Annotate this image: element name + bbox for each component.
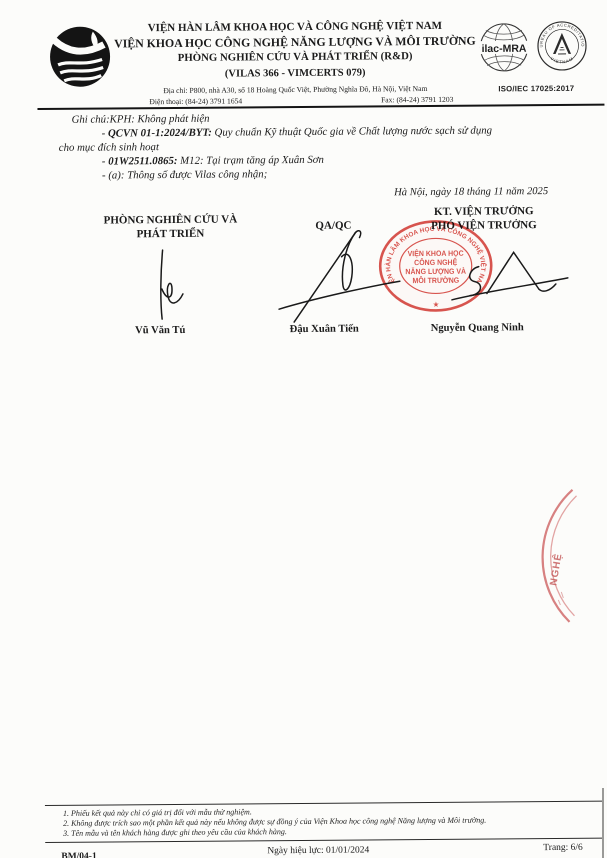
page-number: Trang: 6/6 bbox=[543, 843, 583, 853]
handwritten-signature-icon bbox=[276, 224, 403, 325]
ilac-mra-label: ilac-MRA bbox=[481, 43, 526, 55]
ilac-mra-icon: ilac-MRA bbox=[478, 22, 532, 74]
date-place-line: Hà Nội, ngày 18 tháng 11 năm 2025 bbox=[366, 186, 576, 199]
iso-standard-label: ISO/IEC 17025:2017 bbox=[483, 84, 589, 94]
water-swirl-logo-icon bbox=[49, 23, 114, 92]
note-kph: KPH: Không phát hiện bbox=[110, 113, 210, 126]
note-qcvn-code: - QCVN 01-1:2024/BYT: bbox=[102, 127, 212, 140]
partial-stamp-edge: NGHỆ bbox=[527, 488, 600, 627]
note-sample-code: - 01W2511.0865: bbox=[102, 155, 178, 168]
handwritten-signature-icon bbox=[449, 240, 572, 313]
signer-name-qaqc: Đậu Xuân Tiến bbox=[249, 323, 399, 335]
svg-text:VIETNAM: VIETNAM bbox=[550, 56, 575, 65]
note-qcvn-text: Quy chuẩn Kỹ thuật Quốc gia về Chất lượn… bbox=[212, 124, 492, 138]
ilac-mra-logo: ilac-MRA bbox=[478, 22, 532, 74]
boa-ring-bottom-text: VIETNAM bbox=[550, 56, 575, 65]
signature-nguyen-quang-ninh bbox=[449, 240, 572, 313]
footer-divider-top bbox=[45, 801, 603, 807]
signature-vu-van-tu bbox=[137, 247, 198, 327]
signature-dau-xuan-tien bbox=[276, 224, 403, 325]
footer-notes: 1. Phiếu kết quả này chỉ có giá trị đối … bbox=[63, 806, 486, 840]
institute-logo bbox=[49, 23, 114, 92]
note-line-4: - 01W2511.0865: M12: Tại trạm tăng áp Xu… bbox=[102, 154, 324, 168]
note-line-2: - QCVN 01-1:2024/BYT: Quy chuẩn Kỹ thuật… bbox=[102, 124, 492, 139]
document-page: VIỆN HÀN LÂM KHOA HỌC VÀ CÔNG NGHỆ VIỆT … bbox=[0, 0, 607, 858]
signer-title-rnd: PHÒNG NGHIÊN CỨU VÀ PHÁT TRIỂN bbox=[81, 212, 259, 242]
note-line-5: - (a): Thông số được Vilas công nhận; bbox=[102, 168, 267, 181]
form-code: BM/04-1 bbox=[61, 852, 96, 858]
scan-edge-line bbox=[602, 788, 604, 858]
department-name: PHÒNG NGHIÊN CỨU VÀ PHÁT TRIỂN (R&D) bbox=[109, 50, 481, 66]
footer-note-3: 3. Tên mẫu và tên khách hàng được ghi th… bbox=[63, 826, 486, 840]
accreditation-codes: (VILAS 366 - VIMCERTS 079) bbox=[109, 66, 481, 82]
stamp-star: ★ bbox=[433, 300, 440, 309]
note-line-3: cho mục đích sinh hoạt bbox=[59, 141, 159, 154]
red-seal-arc-icon: NGHỆ bbox=[527, 488, 600, 627]
handwritten-signature-icon bbox=[137, 247, 198, 327]
org-name: VIỆN KHOA HỌC CÔNG NGHỆ NĂNG LƯỢNG VÀ MÔ… bbox=[109, 33, 481, 51]
note-line-1: Ghi chú:KPH: Không phát hiện bbox=[72, 113, 210, 126]
effective-date: Ngày hiệu lực: 01/01/2024 bbox=[233, 845, 403, 856]
partial-stamp-text: NGHỆ bbox=[546, 552, 564, 587]
letterhead: VIỆN HÀN LÂM KHOA HỌC VÀ CÔNG NGHỆ VIỆT … bbox=[109, 20, 482, 107]
note-sample-text: M12: Tại trạm tăng áp Xuân Sơn bbox=[177, 154, 324, 167]
notes-label: Ghi chú: bbox=[72, 113, 110, 125]
phone-number: Điện thoại: (84-24) 3791 1654 bbox=[149, 96, 242, 106]
signer-name-director: Nguyễn Quang Ninh bbox=[401, 322, 553, 334]
fax-number: Fax: (84-24) 3791 1203 bbox=[381, 94, 453, 104]
boa-logo: BUREAU OF ACCREDITATION VIETNAM bbox=[536, 20, 588, 74]
boa-accreditation-icon: BUREAU OF ACCREDITATION VIETNAM bbox=[536, 20, 588, 74]
